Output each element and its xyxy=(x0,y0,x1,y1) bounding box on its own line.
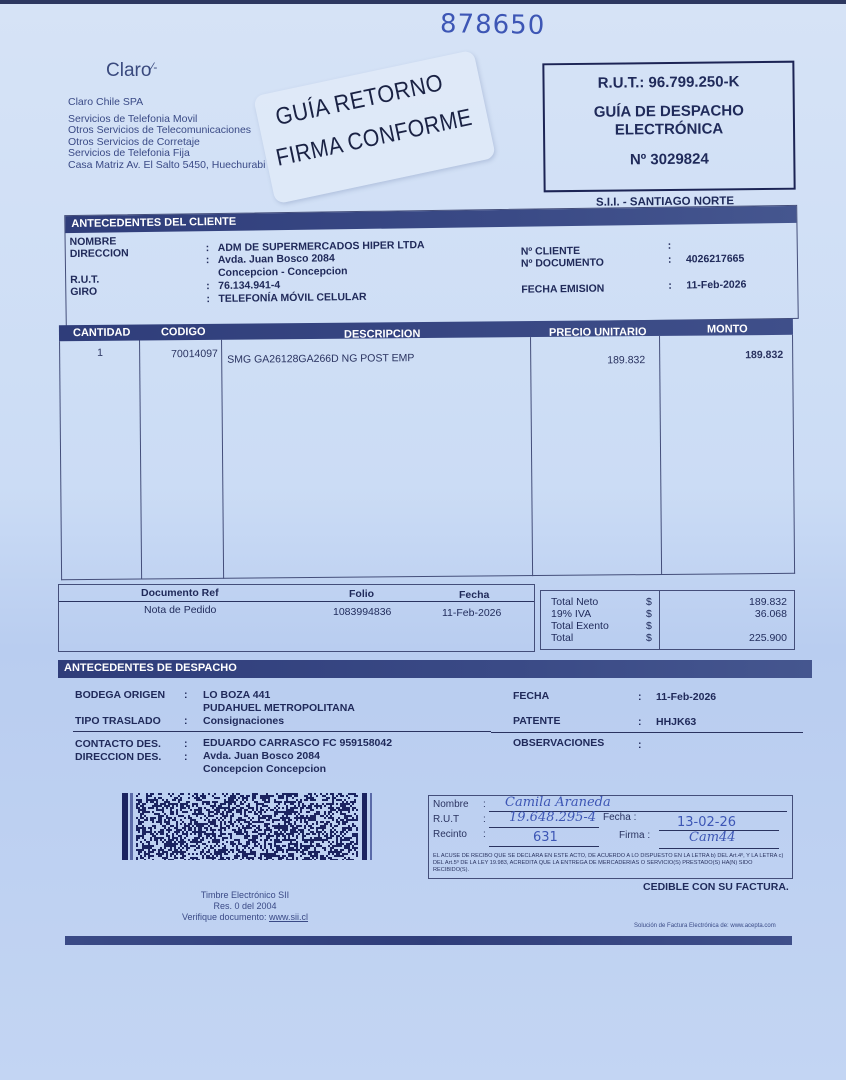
timbre-line-3: Verifique documento: www.sii.cl xyxy=(160,912,330,923)
label-receipt-nombre: Nombre xyxy=(433,799,469,810)
top-edge-strip xyxy=(0,0,846,4)
iva-row: 19% IVA$36.068 xyxy=(551,608,787,620)
direccion-despacho-2: Concepcion Concepcion xyxy=(203,763,326,775)
receipt-nombre[interactable]: Camila Araneda xyxy=(505,795,611,810)
logo-rays-icon: ⁄- xyxy=(151,60,157,74)
patente: HHJK63 xyxy=(656,716,696,728)
ref-fecha: 11-Feb-2026 xyxy=(442,607,501,619)
service-line: Servicios de Telefonia Fija xyxy=(68,148,265,160)
handwritten-number: 878650 xyxy=(440,9,546,41)
label-nombre: NOMBRE xyxy=(70,235,117,248)
timbre-line-1: Timbre Electrónico SII xyxy=(160,890,330,901)
sii-link[interactable]: www.sii.cl xyxy=(269,912,308,922)
timbre-electronico: Timbre Electrónico SII Res. 0 del 2004 V… xyxy=(160,890,330,923)
receipt-recinto[interactable]: 631 xyxy=(533,830,558,845)
company-address: Casa Matriz Av. El Salto 5450, Huechurab… xyxy=(68,160,265,172)
label-n-cliente: Nº CLIENTE xyxy=(521,245,580,258)
label-n-documento: Nº DOCUMENTO xyxy=(521,257,604,270)
ref-header-fecha: Fecha xyxy=(459,589,489,601)
receipt-rut[interactable]: 19.648.295-4 xyxy=(509,810,596,825)
label-fecha-despacho: FECHA xyxy=(513,690,549,702)
contacto-despacho: EDUARDO CARRASCO FC 959158042 xyxy=(203,737,392,749)
label-bodega: BODEGA ORIGEN xyxy=(75,689,165,701)
client-address-2: Concepcion - Concepcion xyxy=(218,265,348,279)
dispatch-section-title: ANTECEDENTES DE DESPACHO xyxy=(58,660,812,678)
label-receipt-rut: R.U.T xyxy=(433,814,459,825)
row-descripcion: SMG GA26128GA266D NG POST EMP xyxy=(227,352,414,366)
bodega-origen-2: PUDAHUEL METROPOLITANA xyxy=(203,702,355,714)
cedible-label: CEDIBLE CON SU FACTURA. xyxy=(643,881,789,893)
fecha-despacho: 11-Feb-2026 xyxy=(656,691,716,703)
reference-section: Documento Ref Folio Fecha Nota de Pedido… xyxy=(58,584,535,652)
label-receipt-firma: Firma : xyxy=(619,830,650,841)
document-title: GUÍA DE DESPACHO ELECTRÓNICA xyxy=(545,102,793,141)
company-name: Claro Chile SPA xyxy=(68,97,265,109)
row-codigo: 70014097 xyxy=(171,348,218,360)
direccion-despacho-1: Avda. Juan Bosco 2084 xyxy=(203,750,320,762)
total-exento-row: Total Exento$ xyxy=(551,620,787,632)
receipt-fecha[interactable]: 13-02-26 xyxy=(677,815,736,830)
pdf417-barcode xyxy=(122,793,375,860)
receipt-legal-text: EL ACUSE DE RECIBO QUE SE DECLARA EN EST… xyxy=(433,853,788,874)
label-giro: GIRO xyxy=(70,286,97,298)
label-receipt-fecha: Fecha : xyxy=(603,812,636,823)
ref-documento: Nota de Pedido xyxy=(144,604,216,616)
label-rut: R.U.T. xyxy=(70,274,99,286)
client-section-title: ANTECEDENTES DEL CLIENTE xyxy=(65,206,796,233)
document-number: Nº 3029824 xyxy=(545,150,793,170)
client-section: ANTECEDENTES DEL CLIENTE NOMBRE DIRECCIO… xyxy=(64,205,799,329)
title-line-2: ELECTRÓNICA xyxy=(545,120,793,141)
header-codigo: CODIGO xyxy=(161,326,206,338)
claro-logo: Claro⁄- xyxy=(106,60,157,82)
receipt-firma[interactable]: Cam44 xyxy=(689,830,736,845)
timbre-line-2: Res. 0 del 2004 xyxy=(160,901,330,912)
header-monto: MONTO xyxy=(707,323,748,335)
label-direccion-des: DIRECCION DES. xyxy=(75,751,161,763)
document-reference-number: 4026217665 xyxy=(686,253,745,266)
row-precio-unitario: 189.832 xyxy=(607,354,645,366)
footer-bar xyxy=(65,936,792,945)
bodega-origen-1: LO BOZA 441 xyxy=(203,689,270,701)
items-table: CANTIDAD CODIGO DESCRIPCION PRECIO UNITA… xyxy=(59,319,795,580)
label-receipt-recinto: Recinto xyxy=(433,829,467,840)
total-row: Total$225.900 xyxy=(551,632,787,644)
client-giro: TELEFONÍA MÓVIL CELULAR xyxy=(218,291,366,305)
ref-folio: 1083994836 xyxy=(333,606,391,618)
ref-header-documento: Documento Ref xyxy=(141,587,219,599)
label-contacto: CONTACTO DES. xyxy=(75,738,161,750)
totals-box: Total Neto$189.832 19% IVA$36.068 Total … xyxy=(540,590,795,650)
row-cantidad: 1 xyxy=(97,347,103,359)
tipo-traslado: Consignaciones xyxy=(203,715,284,727)
label-patente: PATENTE xyxy=(513,715,560,727)
label-fecha-emision: FECHA EMISION xyxy=(521,283,604,296)
client-rut: 76.134.941-4 xyxy=(218,279,280,292)
header-cantidad: CANTIDAD xyxy=(73,327,131,340)
total-neto-row: Total Neto$189.832 xyxy=(551,596,787,608)
issue-date: 11-Feb-2026 xyxy=(686,279,746,292)
label-direccion: DIRECCION xyxy=(70,247,129,260)
service-line: Otros Servicios de Telecomunicaciones xyxy=(68,125,265,137)
company-info: Claro Chile SPA Servicios de Telefonia M… xyxy=(68,97,265,171)
issuer-rut: R.U.T.: 96.799.250-K xyxy=(544,73,792,93)
row-monto: 189.832 xyxy=(745,349,783,361)
document-id-box: R.U.T.: 96.799.250-K GUÍA DE DESPACHO EL… xyxy=(542,61,795,193)
client-address-1: Avda. Juan Bosco 2084 xyxy=(218,252,335,266)
receipt-acknowledgement-box: Nombre R.U.T Recinto : : : Camila Araned… xyxy=(428,795,793,879)
provider-credit: Solución de Factura Electrónica de: www.… xyxy=(634,923,776,929)
return-stamp: GUÍA RETORNO FIRMA CONFORME xyxy=(253,50,496,204)
label-tipo-traslado: TIPO TRASLADO xyxy=(75,715,161,727)
header-descripcion: DESCRIPCION xyxy=(344,328,421,341)
header-precio-unitario: PRECIO UNITARIO xyxy=(549,326,647,339)
label-observaciones: OBSERVACIONES xyxy=(513,737,604,749)
ref-header-folio: Folio xyxy=(349,588,374,600)
